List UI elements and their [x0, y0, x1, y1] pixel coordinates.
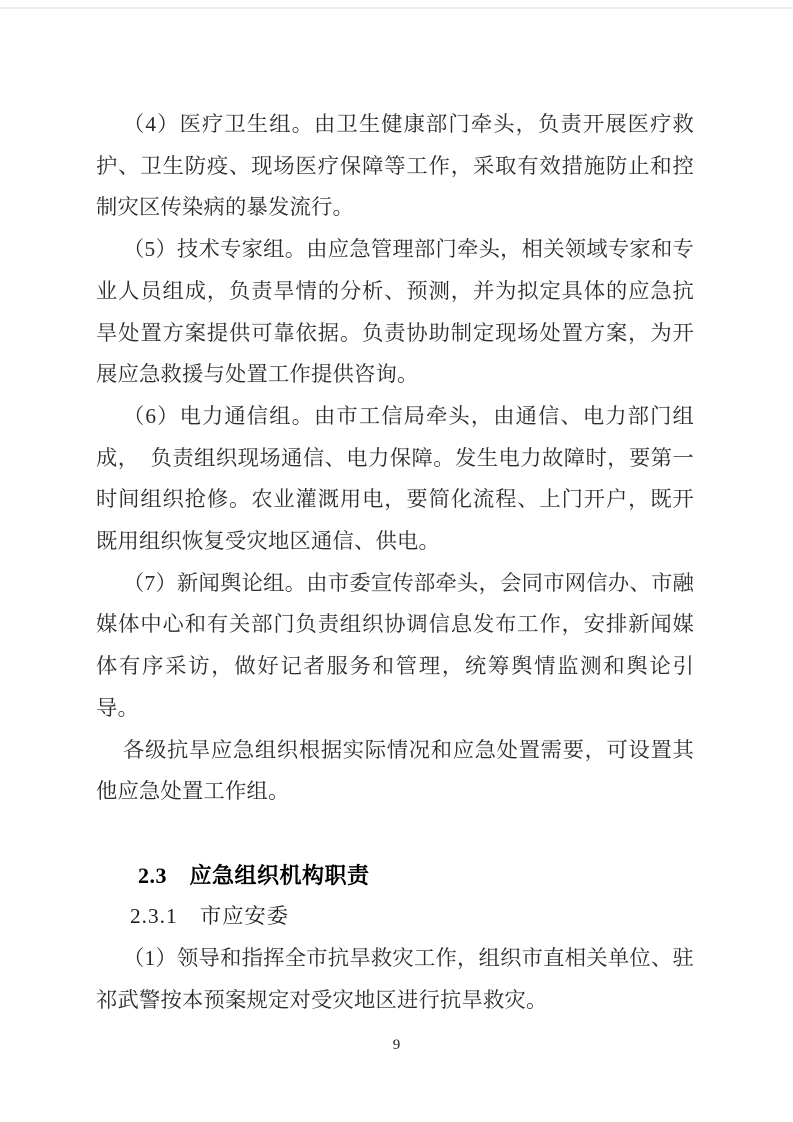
- paragraph-duty-1: （1）领导和指挥全市抗旱救灾工作，组织市直相关单位、驻祁武警按本预案规定对受灾地…: [96, 938, 694, 1021]
- section-heading-2-3: 2.3 应急组织机构职责: [96, 855, 694, 897]
- page-top-edge-shadow: [0, 7, 793, 9]
- paragraph-other-work-groups: 各级抗旱应急组织根据实际情况和应急处置需要，可设置其他应急处置工作组。: [96, 730, 694, 813]
- paragraph-news-opinion-group: （7）新闻舆论组。由市委宣传部牵头，会同市网信办、市融媒体中心和有关部门负责组织…: [96, 563, 694, 730]
- document-page: （4）医疗卫生组。由卫生健康部门牵头，负责开展医疗救护、卫生防疫、现场医疗保障等…: [0, 0, 793, 1122]
- paragraph-power-communication-group: （6）电力通信组。由市工信局牵头，由通信、电力部门组成， 负责组织现场通信、电力…: [96, 396, 694, 563]
- paragraph-technical-expert-group: （5）技术专家组。由应急管理部门牵头，相关领域专家和专业人员组成，负责旱情的分析…: [96, 229, 694, 396]
- page-footer: 9: [0, 1036, 793, 1054]
- subsection-heading-2-3-1: 2.3.1 市应安委: [96, 896, 694, 938]
- document-body: （4）医疗卫生组。由卫生健康部门牵头，负责开展医疗救护、卫生防疫、现场医疗保障等…: [96, 104, 694, 1021]
- page-number: 9: [393, 1037, 401, 1053]
- paragraph-medical-health-group: （4）医疗卫生组。由卫生健康部门牵头，负责开展医疗救护、卫生防疫、现场医疗保障等…: [96, 104, 694, 229]
